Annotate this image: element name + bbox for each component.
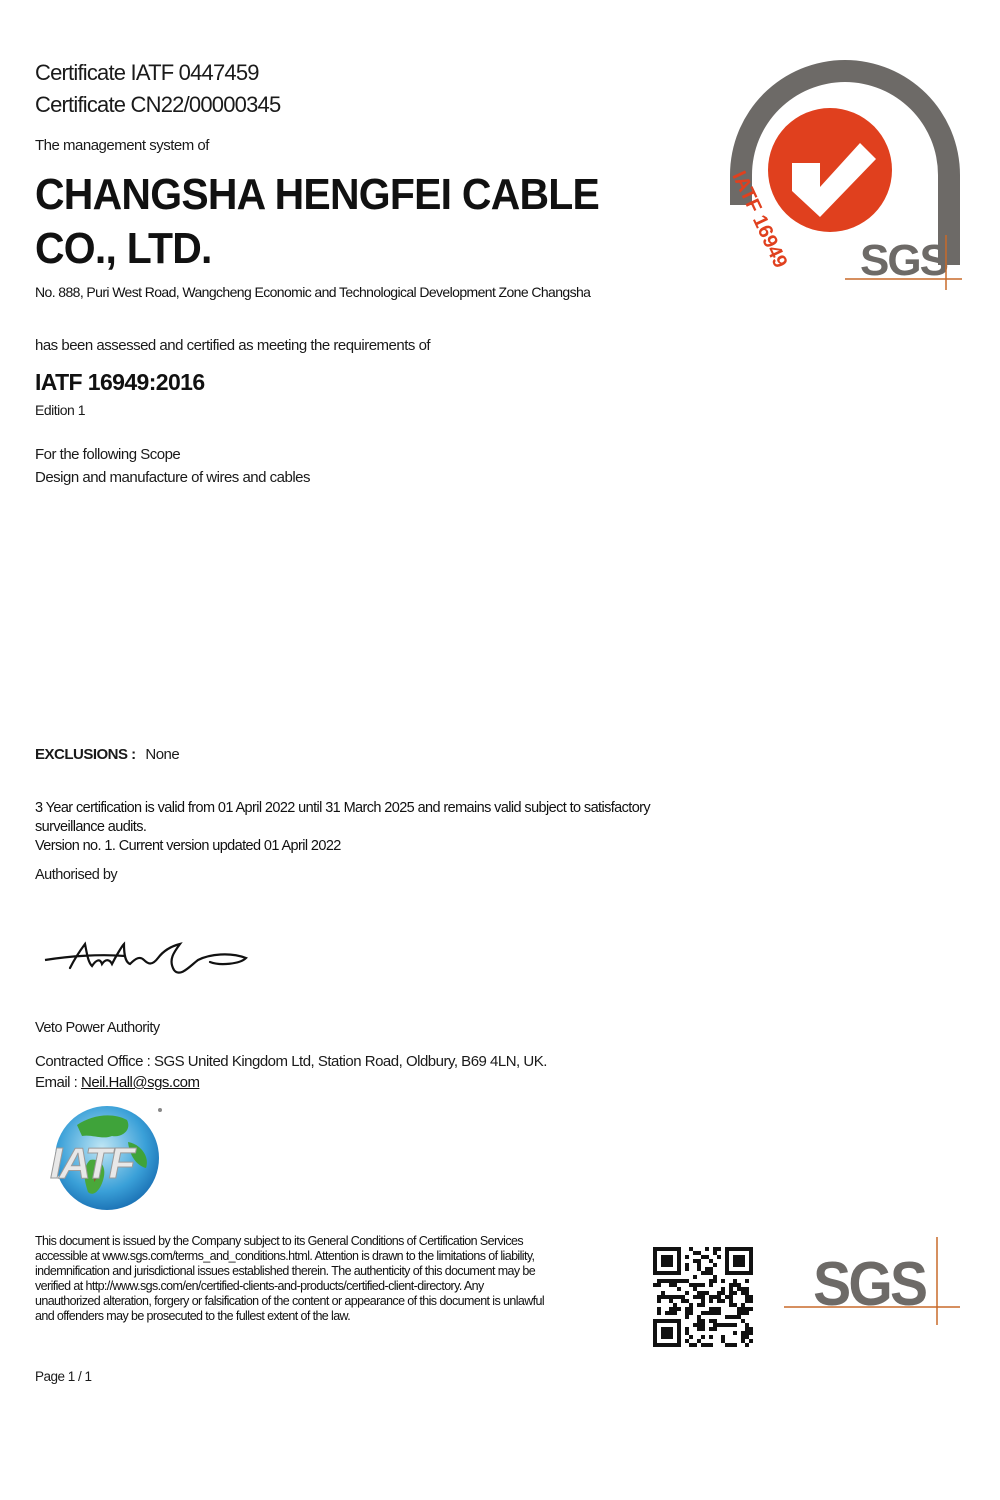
scope-text: Design and manufacture of wires and cabl… — [35, 469, 310, 486]
disclaimer-line: and offenders may be prosecuted to the f… — [35, 1309, 595, 1324]
standard-name: IATF 16949:2016 — [35, 369, 205, 396]
validity-block: 3 Year certification is valid from 01 Ap… — [35, 799, 675, 856]
authority-title: Veto Power Authority — [35, 1020, 160, 1036]
certification-seal-icon: SYSTEM CERTIFICATION IATF 16949 SGS — [720, 55, 970, 295]
edition: Edition 1 — [35, 402, 85, 418]
disclaimer-line: verified at http://www.sgs.com/en/certif… — [35, 1279, 595, 1294]
sgs-logo: SGS — [780, 1235, 965, 1330]
signature-icon — [40, 930, 270, 990]
certificate-cn-number: Certificate CN22/00000345 — [35, 92, 280, 118]
company-name: CHANGSHA HENGFEI CABLE CO., LTD. — [35, 168, 599, 276]
legal-disclaimer: This document is issued by the Company s… — [35, 1234, 595, 1324]
qr-code[interactable] — [653, 1247, 753, 1347]
email-line: Email : Neil.Hall@sgs.com — [35, 1074, 199, 1091]
certificate-iatf-number: Certificate IATF 0447459 — [35, 60, 259, 86]
assessment-statement: has been assessed and certified as meeti… — [35, 337, 430, 354]
intro-text: The management system of — [35, 137, 209, 154]
company-name-line2: CO., LTD. — [35, 222, 599, 276]
exclusions: EXCLUSIONS : None — [35, 746, 179, 763]
iatf-globe-logo: IATF — [32, 1100, 172, 1220]
svg-text:SGS: SGS — [813, 1249, 926, 1319]
validity-line1: 3 Year certification is valid from 01 Ap… — [35, 799, 675, 818]
authorised-by-label: Authorised by — [35, 867, 117, 883]
disclaimer-line: indemnification and jurisdictional issue… — [35, 1264, 595, 1279]
exclusions-label: EXCLUSIONS : — [35, 746, 136, 763]
iatf-globe-icon: IATF — [32, 1100, 172, 1220]
page-number: Page 1 / 1 — [35, 1369, 92, 1384]
company-address: No. 888, Puri West Road, Wangcheng Econo… — [35, 284, 590, 300]
scope-label: For the following Scope — [35, 446, 180, 463]
exclusions-value: None — [145, 746, 179, 763]
company-name-line1: CHANGSHA HENGFEI CABLE — [35, 168, 599, 222]
email-label: Email : — [35, 1074, 77, 1091]
signature — [40, 930, 270, 995]
contracted-office: Contracted Office : SGS United Kingdom L… — [35, 1053, 547, 1070]
disclaimer-line: unauthorized alteration, forgery or fals… — [35, 1294, 595, 1309]
svg-text:SGS: SGS — [860, 236, 948, 285]
disclaimer-line: This document is issued by the Company s… — [35, 1234, 595, 1249]
version-info: Version no. 1. Current version updated 0… — [35, 837, 675, 856]
validity-line2: surveillance audits. — [35, 818, 675, 837]
qr-code-icon — [653, 1247, 753, 1347]
disclaimer-line: accessible at www.sgs.com/terms_and_cond… — [35, 1249, 595, 1264]
svg-text:IATF: IATF — [50, 1139, 137, 1188]
email-link[interactable]: Neil.Hall@sgs.com — [81, 1074, 199, 1091]
sgs-iatf-certification-seal: SYSTEM CERTIFICATION IATF 16949 SGS — [720, 55, 970, 295]
sgs-logo-icon: SGS — [780, 1235, 965, 1330]
